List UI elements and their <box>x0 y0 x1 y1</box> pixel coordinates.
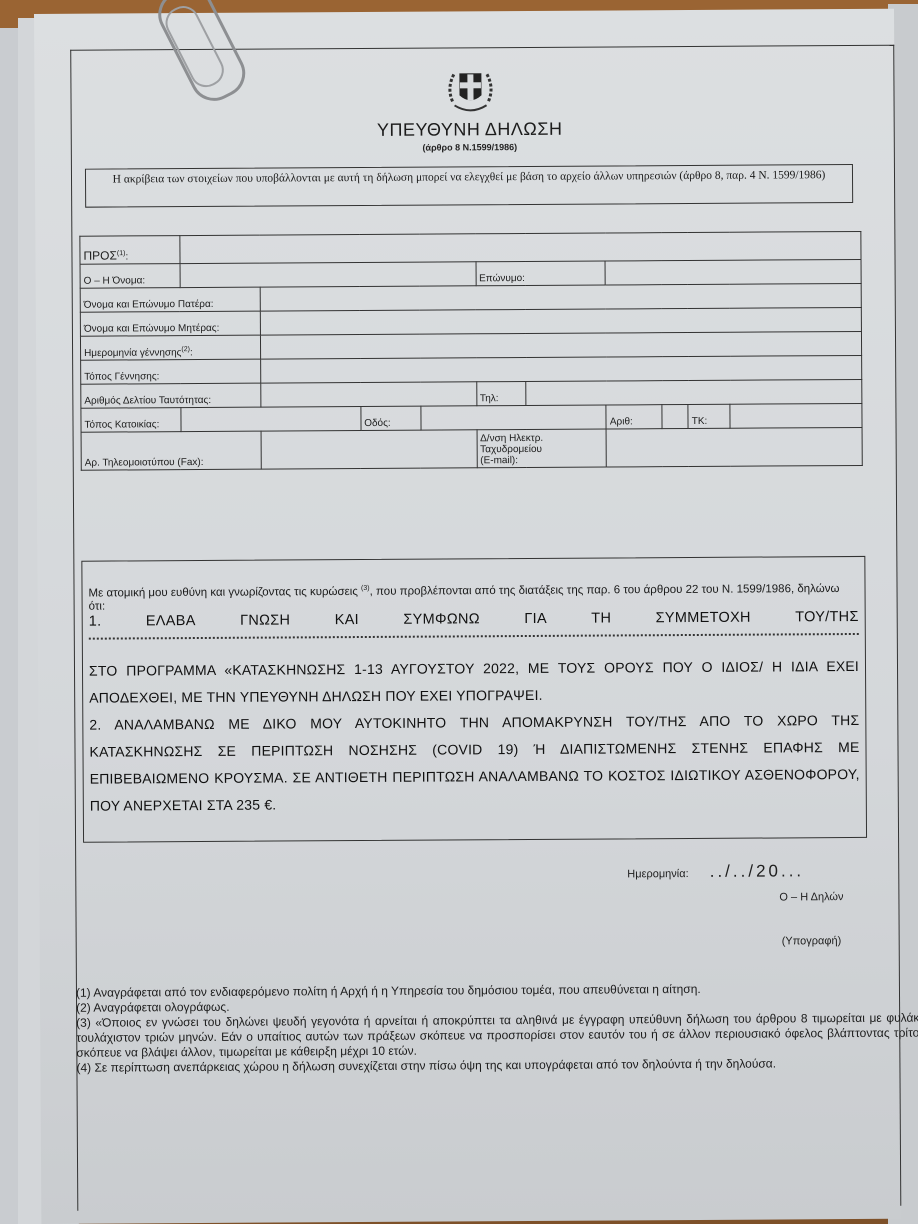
dotted-line <box>89 633 859 640</box>
father-name-label: Όνομα και Επώνυμο Πατέρα: <box>80 287 260 312</box>
declaration-word: ΤΟΥ/ΤΗΣ <box>795 609 859 625</box>
phone-field[interactable] <box>526 379 862 405</box>
date-label: Ημερομηνία: <box>627 868 688 880</box>
father-name-field[interactable] <box>260 283 861 311</box>
first-name-label: Ο – Η Όνομα: <box>80 264 180 289</box>
to-label: ΠΡΟΣ(1): <box>80 236 180 265</box>
residence-field[interactable] <box>181 407 361 432</box>
id-number-field[interactable] <box>261 382 477 407</box>
number-field[interactable] <box>662 405 688 429</box>
verification-notice: Η ακρίβεια των στοιχείων που υποβάλλοντα… <box>85 164 853 208</box>
row-fax-email: Αρ. Τηλεομοιοτύπου (Fax): Δ/νση Ηλεκτρ.Τ… <box>81 427 862 470</box>
email-label: Δ/νση Ηλεκτρ.Ταχυδρομείου(E-mail): <box>477 429 607 468</box>
fax-field[interactable] <box>261 430 477 469</box>
postcode-field[interactable] <box>730 403 862 428</box>
mother-name-label: Όνομα και Επώνυμο Μητέρας: <box>80 311 260 336</box>
declaration-word: ΚΑΙ <box>335 612 359 628</box>
declaration-word: 1. <box>89 614 102 630</box>
birthdate-field[interactable] <box>260 331 861 359</box>
street-field[interactable] <box>421 405 607 430</box>
fax-label: Αρ. Τηλεομοιοτύπου (Fax): <box>81 431 261 470</box>
declaration-word: ΤΗ <box>591 610 611 626</box>
footnote-3: (3) «Όποιος εν γνώσει του δηλώνει ψευδή … <box>76 1011 918 1061</box>
email-field[interactable] <box>606 427 862 467</box>
document-subtitle: (άρθρο 8 Ν.1599/1986) <box>335 142 605 154</box>
birthplace-field[interactable] <box>261 355 862 383</box>
postcode-label: ΤΚ: <box>688 404 730 428</box>
street-label: Οδός: <box>361 406 421 430</box>
surname-label: Επώνυμο: <box>476 261 606 286</box>
declaration-word: ΓΙΑ <box>524 611 547 627</box>
footnotes: (1) Αναγράφεται από τον ενδιαφερόμενο πο… <box>76 981 918 1076</box>
declaration-word: ΓΝΩΣΗ <box>240 612 290 628</box>
declaration-text: ΣΤΟ ΠΡΟΓΡΑΜΜΑ «ΚΑΤΑΣΚΗΝΩΣΗΣ 1-13 ΑΥΓΟΥΣΤ… <box>89 653 860 820</box>
declaration-word: ΕΛΑΒΑ <box>146 613 196 629</box>
declaration-word: ΣΥΜΜΕΤΟΧΗ <box>656 610 751 627</box>
residence-label: Τόπος Κατοικίας: <box>81 408 181 433</box>
declaration-box: Με ατομική μου ευθύνη και γνωρίζοντας τι… <box>81 556 867 843</box>
first-name-field[interactable] <box>180 262 476 288</box>
personal-details-table: ΠΡΟΣ(1): Ο – Η Όνομα: Επώνυμο: Όνομα και… <box>79 231 862 471</box>
to-field[interactable] <box>180 231 861 263</box>
document-title: ΥΠΕΥΘΥΝΗ ΔΗΛΩΣΗ <box>335 119 605 142</box>
declaration-paragraph-2: 2. ΑΝΑΛΑΜΒΑΝΩ ΜΕ ΔΙΚΟ ΜΟΥ ΑΥΤΟΚΙΝΗΤΟ ΤΗΝ… <box>89 707 860 820</box>
declaration-word: ΣΥΜΦΩΝΩ <box>403 611 480 627</box>
greek-coat-of-arms-icon <box>442 61 498 117</box>
mother-name-field[interactable] <box>260 307 861 335</box>
declaration-paragraph-1: ΣΤΟ ΠΡΟΓΡΑΜΜΑ «ΚΑΤΑΣΚΗΝΩΣΗΣ 1-13 ΑΥΓΟΥΣΤ… <box>89 653 859 712</box>
date-row: Ημερομηνία: ../../20... <box>627 861 804 882</box>
phone-label: Τηλ: <box>476 382 526 406</box>
surname-field[interactable] <box>605 259 861 285</box>
declaration-page: ΥΠΕΥΘΥΝΗ ΔΗΛΩΣΗ (άρθρο 8 Ν.1599/1986) Η … <box>34 9 901 1224</box>
birthdate-label: Ημερομηνία γέννησης(2): <box>80 335 260 360</box>
date-field[interactable]: ../../20... <box>710 861 805 881</box>
declaration-intro: Με ατομική μου ευθύνη και γνωρίζοντας τι… <box>88 579 858 614</box>
number-label: Αριθ: <box>606 405 662 429</box>
id-number-label: Αριθμός Δελτίου Ταυτότητας: <box>81 383 261 408</box>
declaration-line-1: 1.ΕΛΑΒΑΓΝΩΣΗΚΑΙΣΥΜΦΩΝΩΓΙΑΤΗΣΥΜΜΕΤΟΧΗΤΟΥ/… <box>89 609 859 630</box>
declarant-label: Ο – Η Δηλών <box>779 891 843 903</box>
signature-label: (Υπογραφή) <box>782 935 842 947</box>
birthplace-label: Τόπος Γέννησης: <box>81 359 261 384</box>
